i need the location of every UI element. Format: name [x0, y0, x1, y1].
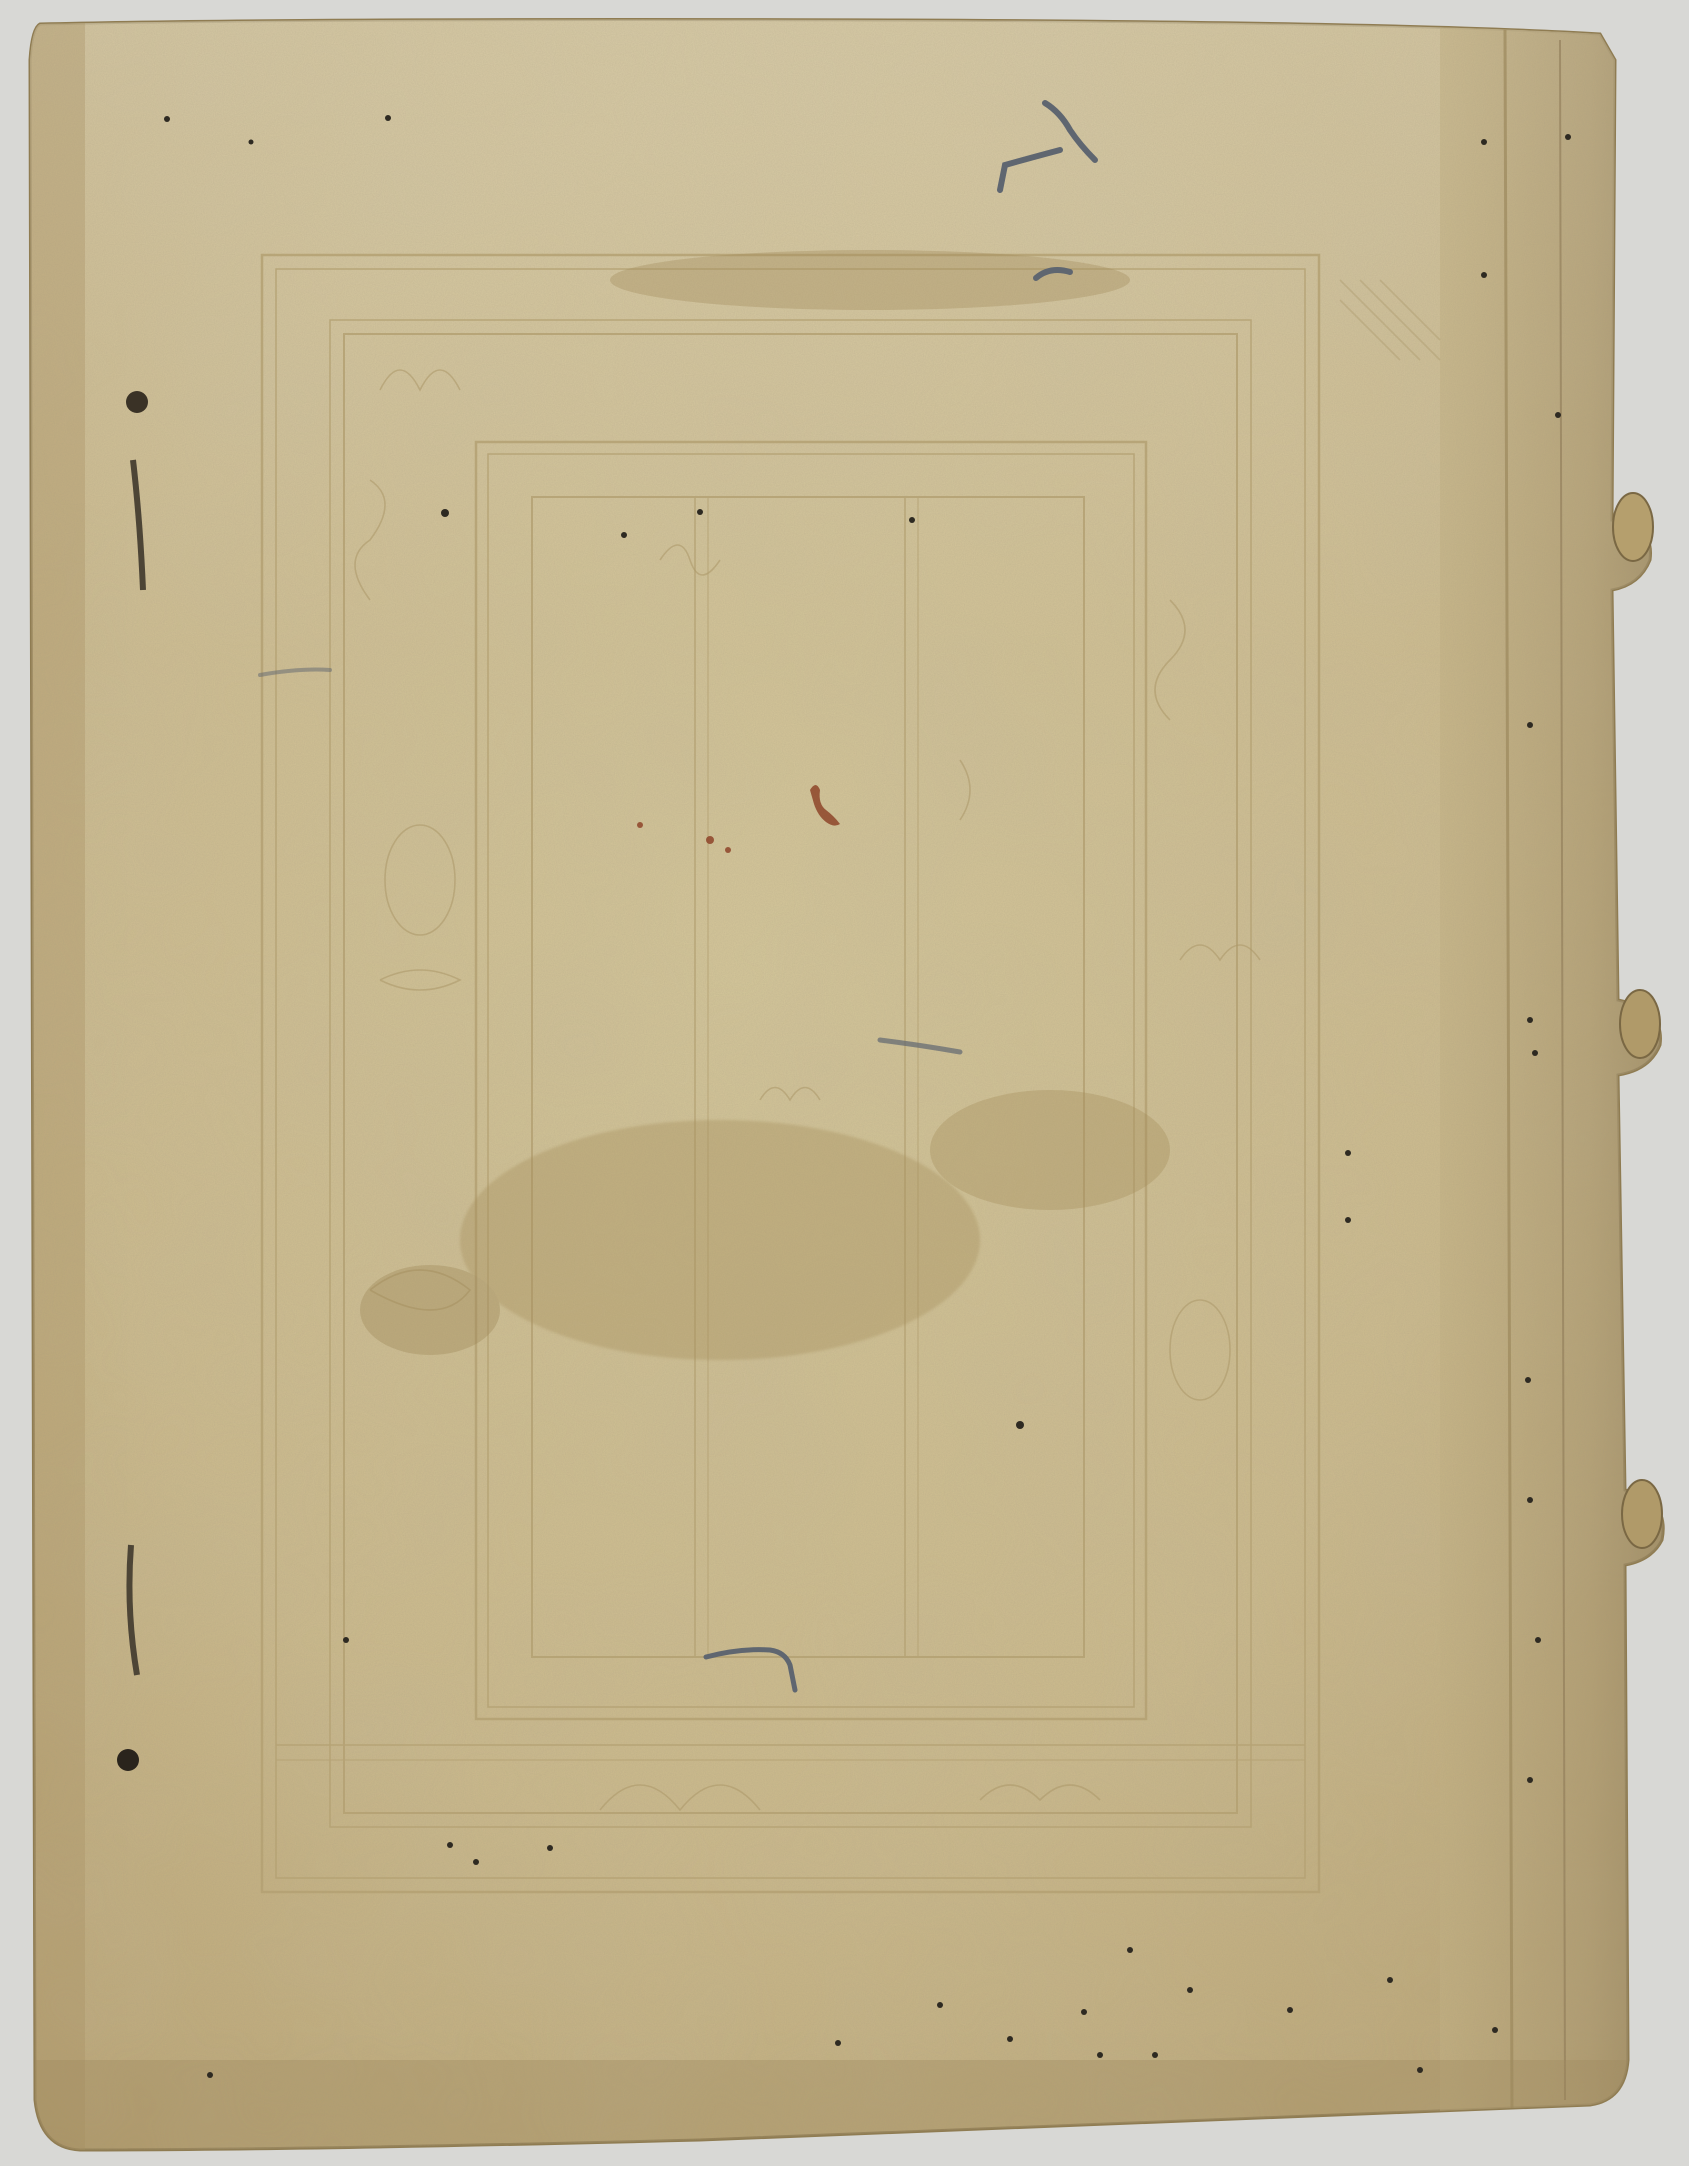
- spine-band-1: [1613, 493, 1653, 561]
- tie-hole-bottom: [117, 1749, 139, 1771]
- spine-band-2: [1620, 990, 1660, 1058]
- vellum-cover: [0, 0, 1689, 2166]
- tie-hole-top: [126, 391, 148, 413]
- spine-band-3: [1622, 1480, 1662, 1548]
- book-cover-photo: [0, 0, 1689, 2166]
